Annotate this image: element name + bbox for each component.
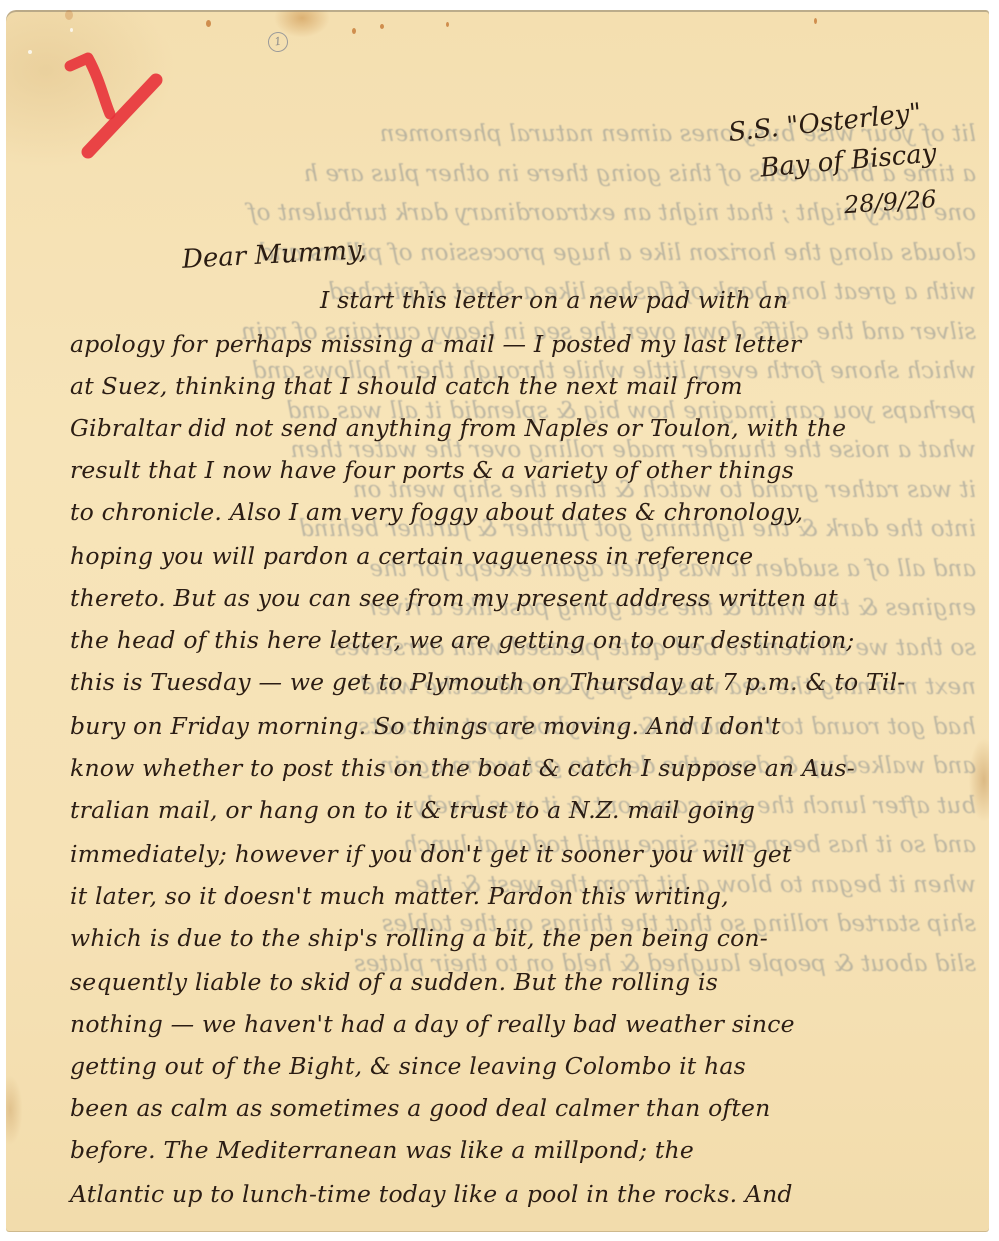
body-line: sequently liable to skid of a sudden. Bu…	[70, 962, 718, 1002]
body-line: at Suez, thinking that I should catch th…	[70, 366, 743, 406]
body-line: getting out of the Bight, & since leavin…	[70, 1046, 746, 1086]
body-line: thereto. But as you can see from my pres…	[70, 578, 838, 618]
body-line: bury on Friday morning. So things are mo…	[70, 706, 781, 746]
body-line: result that I now have four ports & a va…	[70, 450, 794, 490]
foxing-spot	[206, 20, 211, 27]
body-line: to chronicle. Also I am very foggy about…	[70, 492, 803, 532]
body-line: apology for perhaps missing a mail — I p…	[70, 324, 801, 364]
body-line: been as calm as sometimes a good deal ca…	[70, 1088, 770, 1128]
body-line: nothing — we haven't had a day of really…	[70, 1004, 795, 1044]
punch-hole	[70, 28, 73, 32]
body-line: Atlantic up to lunch-time today like a p…	[70, 1174, 793, 1214]
red-crayon-mark-icon	[60, 50, 170, 160]
body-line: Gibraltar did not send anything from Nap…	[70, 408, 846, 448]
scanned-letter-page: 1 lit of your wise busy ones aimen natur…	[0, 0, 999, 1241]
punch-hole	[28, 50, 32, 54]
body-line: before. The Mediterranean was like a mil…	[70, 1130, 694, 1170]
foxing-spot	[446, 22, 449, 27]
body-line: it later, so it doesn't much matter. Par…	[70, 876, 729, 916]
body-line: hoping you will pardon a certain vaguene…	[70, 536, 753, 576]
body-line: tralian mail, or hang on to it & trust t…	[70, 790, 755, 830]
body-line: know whether to post this on the boat & …	[70, 748, 855, 788]
body-line: I start this letter on a new pad with an	[320, 280, 788, 320]
body-line: which is due to the ship's rolling a bit…	[70, 918, 768, 958]
body-line: immediately; however if you don't get it…	[70, 834, 792, 874]
foxing-spot	[380, 24, 384, 29]
foxing-spot	[352, 28, 356, 34]
body-line: this is Tuesday — we get to Plymouth on …	[70, 662, 905, 702]
foxing-spot	[814, 18, 817, 24]
page-number-mark: 1	[267, 31, 290, 54]
foxing-spot	[65, 10, 73, 20]
body-line: the head of this here letter, we are get…	[70, 620, 855, 660]
